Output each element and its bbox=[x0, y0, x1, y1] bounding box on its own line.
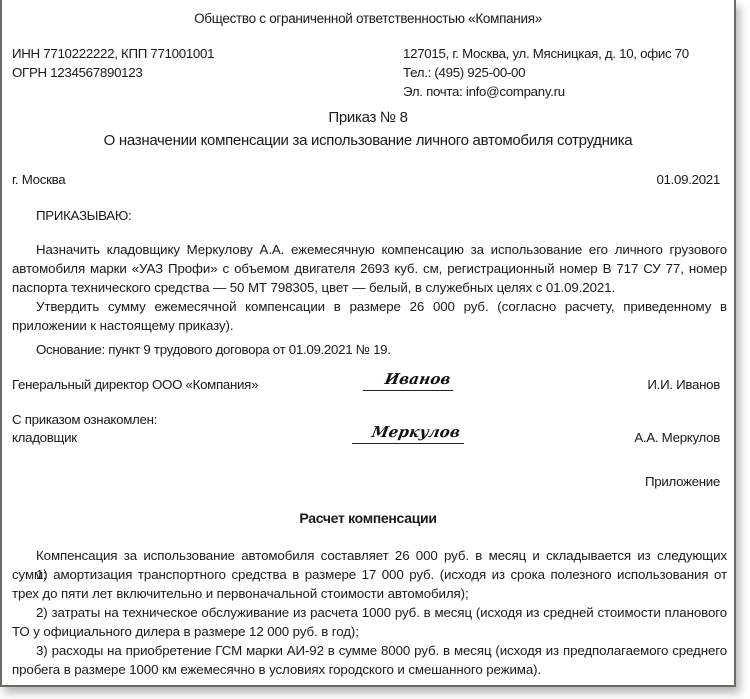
director-signature: Иванов bbox=[383, 370, 452, 388]
paragraph-approve: Утвердить сумму ежемесячной компенсации … bbox=[12, 297, 727, 335]
paragraph-appoint: Назначить кладовщику Меркулову А.А. ежем… bbox=[12, 240, 727, 297]
acknowledged-label: С приказом ознакомлен: bbox=[12, 412, 157, 427]
appendix-item-2: 2) затраты на техническое обслуживание и… bbox=[12, 603, 727, 641]
organization-name: Общество с ограниченной ответственностью… bbox=[2, 11, 734, 26]
address: 127015, г. Москва, ул. Мясницкая, д. 10,… bbox=[403, 46, 689, 61]
order-title: Приказ № 8 bbox=[2, 109, 734, 126]
director-name: И.И. Иванов bbox=[647, 377, 720, 392]
ogrn: ОГРН 1234567890123 bbox=[12, 65, 142, 80]
email: Эл. почта: info@company.ru bbox=[403, 84, 565, 99]
appendix-title: Расчет компенсации bbox=[2, 510, 734, 526]
employee-signature-line bbox=[352, 443, 464, 444]
employee-signature: Меркулов bbox=[370, 423, 461, 441]
order-word: ПРИКАЗЫВАЮ: bbox=[36, 208, 131, 223]
appendix-item-3: 3) расходы на приобретение ГСМ марки АИ-… bbox=[12, 641, 727, 679]
order-date: 01.09.2021 bbox=[656, 172, 720, 187]
appendix-label: Приложение bbox=[645, 474, 720, 489]
inn-kpp: ИНН 7710222222, КПП 771001001 bbox=[12, 46, 214, 61]
director-signature-line bbox=[363, 390, 453, 391]
acknowledged-position: кладовщик bbox=[12, 430, 77, 445]
employee-name: А.А. Меркулов bbox=[634, 430, 720, 445]
order-subject: О назначении компенсации за использовани… bbox=[2, 132, 734, 149]
phone: Тел.: (495) 925-00-00 bbox=[403, 65, 525, 80]
order-city: г. Москва bbox=[12, 172, 65, 187]
appendix-item-1: 1) амортизация транспортного средства в … bbox=[12, 565, 727, 603]
director-position: Генеральный директор ООО «Компания» bbox=[12, 377, 258, 392]
order-basis: Основание: пункт 9 трудового договора от… bbox=[36, 342, 391, 357]
document-page: Общество с ограниченной ответственностью… bbox=[0, 0, 736, 687]
